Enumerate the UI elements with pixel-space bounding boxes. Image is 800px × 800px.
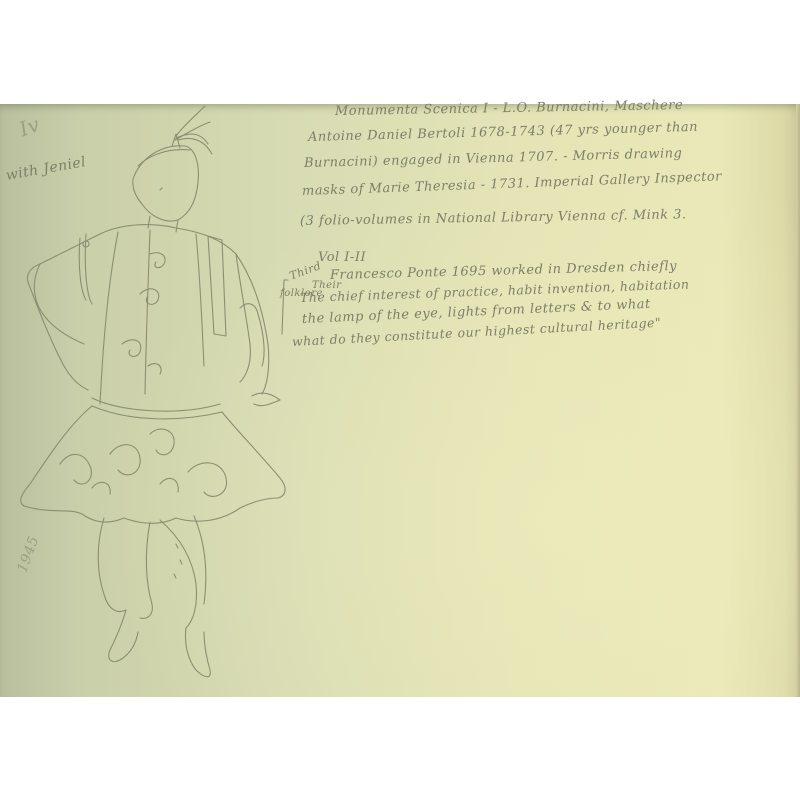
head-and-turban-drawing bbox=[133, 106, 212, 232]
scanned-paper-sheet: Iv with Jeniel 1945 Monumenta Scenica I … bbox=[0, 104, 800, 697]
note-line-6: Vol I-II bbox=[318, 250, 366, 265]
trousers-and-shoes-drawing bbox=[98, 516, 210, 677]
coat-drawing bbox=[28, 225, 281, 419]
coat-skirt-drawing bbox=[21, 406, 285, 523]
margin-word-3: Their bbox=[312, 280, 342, 291]
